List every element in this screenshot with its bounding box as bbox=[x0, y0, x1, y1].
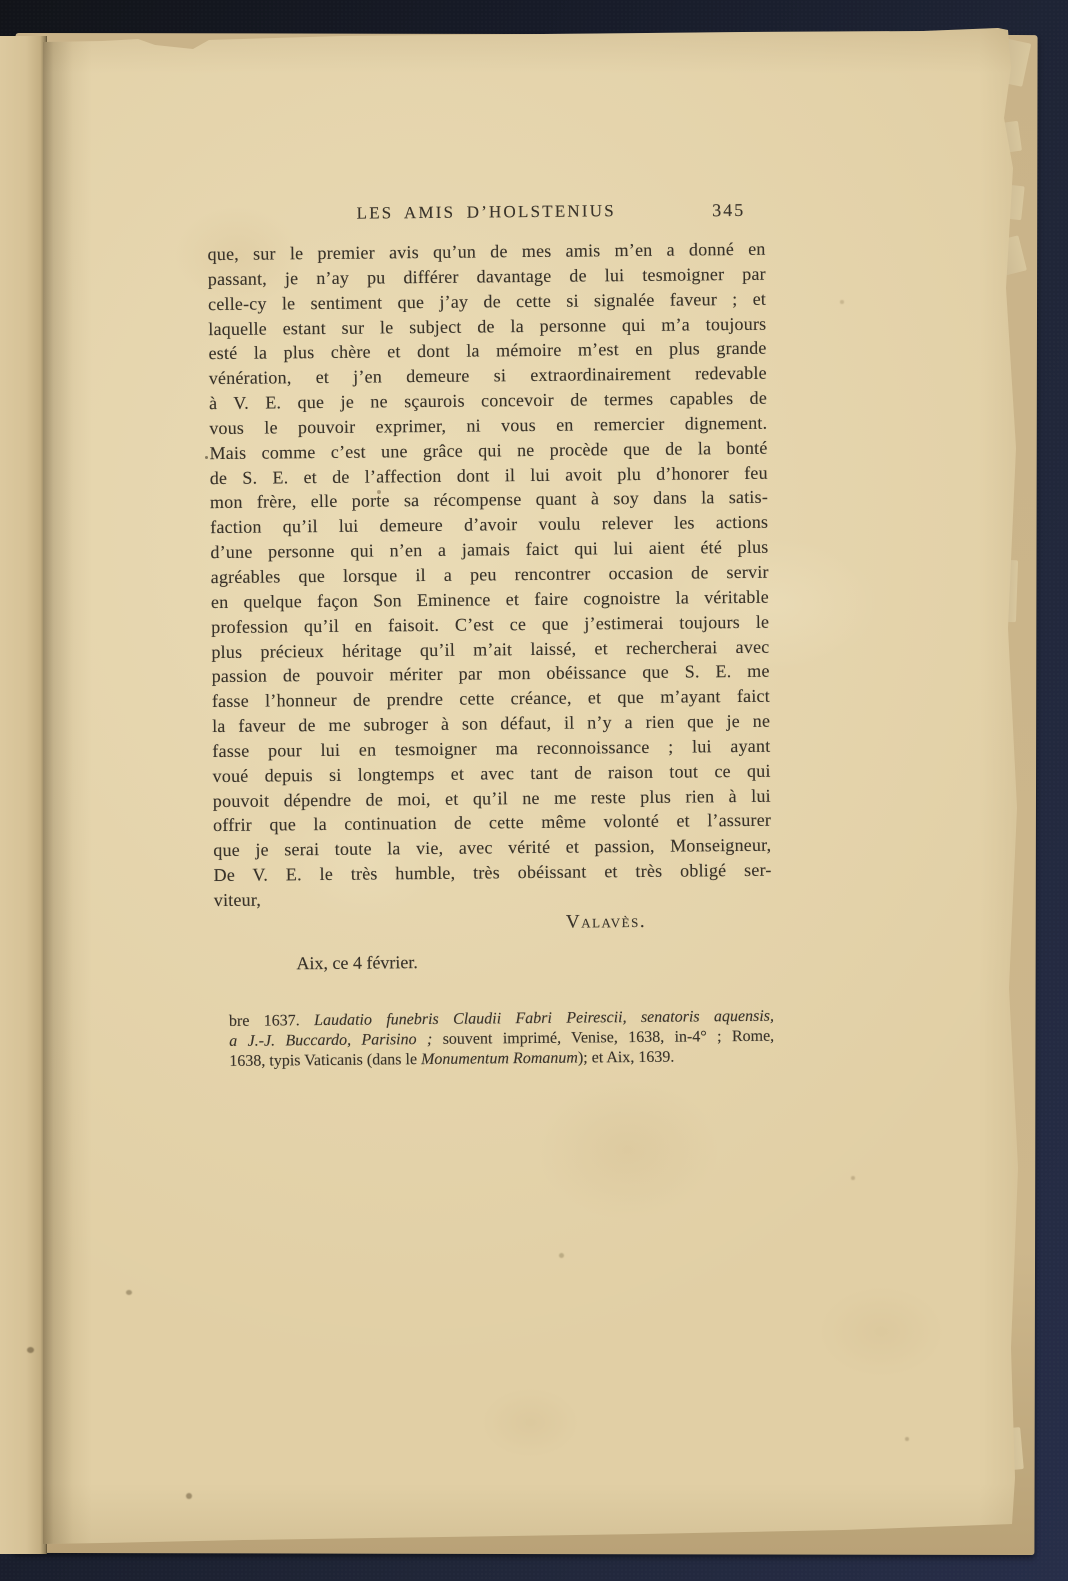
page-header: LES AMIS D’HOLSTENIUS 345 bbox=[207, 200, 765, 231]
signature: Valavès. bbox=[214, 910, 772, 937]
book-scan: LES AMIS D’HOLSTENIUS 345 que, sur le pr… bbox=[0, 0, 1068, 1581]
running-title: LES AMIS D’HOLSTENIUS bbox=[207, 200, 765, 225]
footnote: bre 1637. Laudatio funebris Claudii Fabr… bbox=[229, 1007, 775, 1072]
letter-body: que, sur le premier avis qu’un de mes am… bbox=[207, 237, 771, 913]
dateline: Aix, ce 4 février. bbox=[296, 952, 418, 974]
book-page: LES AMIS D’HOLSTENIUS 345 que, sur le pr… bbox=[43, 28, 1018, 1544]
page-number: 345 bbox=[712, 200, 745, 221]
facing-page-edge bbox=[0, 36, 47, 1554]
page-content: LES AMIS D’HOLSTENIUS 345 que, sur le pr… bbox=[36, 23, 1026, 1548]
